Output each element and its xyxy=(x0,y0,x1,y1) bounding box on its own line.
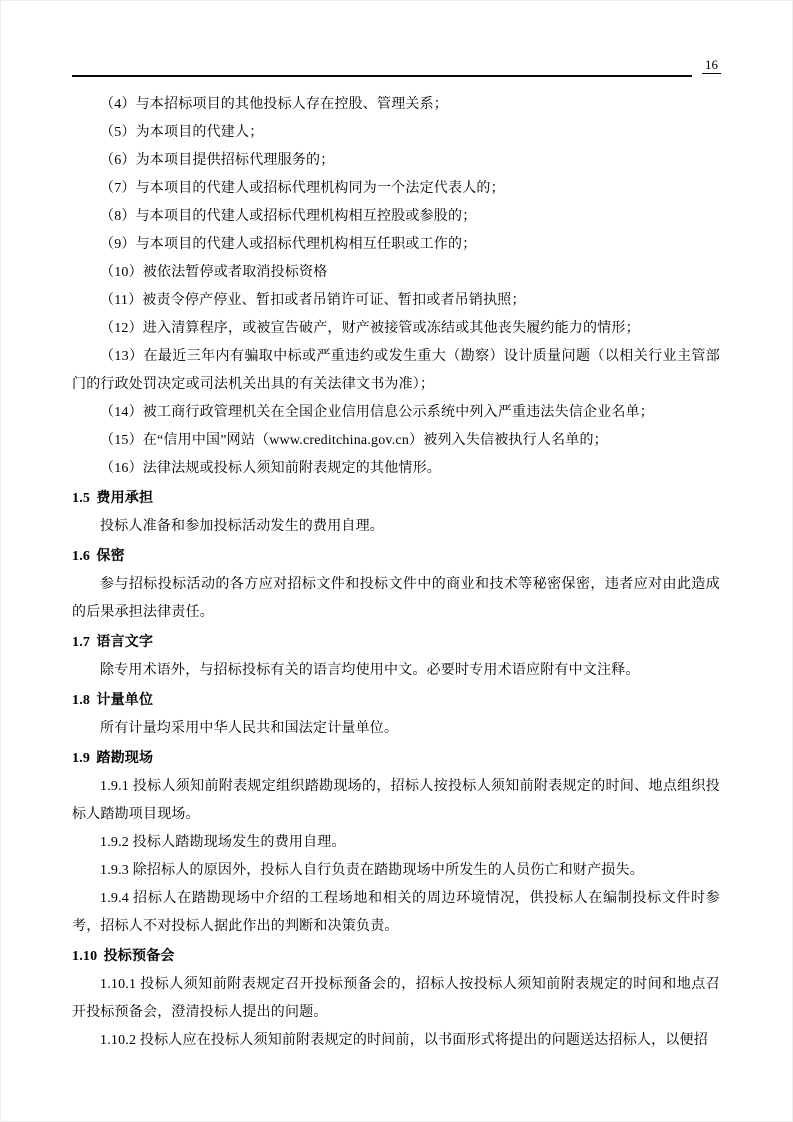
section-title: 语言文字 xyxy=(96,633,153,649)
section-heading-1-6: 1.6保密 xyxy=(72,541,720,571)
paragraph: 1.9.2 投标人踏勘现场发生的费用自理。 xyxy=(72,829,720,857)
list-item: （8）与本项目的代建人或招标代理机构相互控股或参股的； xyxy=(72,203,720,231)
paragraph: 投标人准备和参加投标活动发生的费用自理。 xyxy=(72,513,720,541)
header-rule xyxy=(72,75,692,77)
section-number: 1.10 xyxy=(72,949,97,964)
section-number: 1.9 xyxy=(72,751,90,766)
document-page: 16 （4）与本招标项目的其他投标人存在控股、管理关系； （5）为本项目的代建人… xyxy=(0,0,793,1122)
document-content: （4）与本招标项目的其他投标人存在控股、管理关系； （5）为本项目的代建人； （… xyxy=(72,91,720,1055)
list-item: （11）被责令停产停业、暂扣或者吊销许可证、暂扣或者吊销执照； xyxy=(72,287,720,315)
list-item: （13）在最近三年内有骗取中标或严重违约或发生重大（勘察）设计质量问题（以相关行… xyxy=(72,343,720,399)
list-item: （14）被工商行政管理机关在全国企业信用信息公示系统中列入严重违法失信企业名单； xyxy=(72,399,720,427)
section-number: 1.6 xyxy=(72,549,90,564)
section-heading-1-5: 1.5费用承担 xyxy=(72,483,720,513)
section-heading-1-7: 1.7语言文字 xyxy=(72,627,720,657)
section-heading-1-9: 1.9踏勘现场 xyxy=(72,743,720,773)
list-item: （9）与本项目的代建人或招标代理机构相互任职或工作的； xyxy=(72,231,720,259)
section-title: 踏勘现场 xyxy=(96,749,153,765)
paragraph: 所有计量均采用中华人民共和国法定计量单位。 xyxy=(72,715,720,743)
page-number: 16 xyxy=(702,57,721,74)
list-item: （10）被依法暂停或者取消投标资格 xyxy=(72,259,720,287)
paragraph: 1.9.3 除招标人的原因外，投标人自行负责在踏勘现场中所发生的人员伤亡和财产损… xyxy=(72,857,720,885)
section-number: 1.7 xyxy=(72,635,90,650)
page-header: 16 xyxy=(72,57,721,77)
list-item: （15）在“信用中国”网站（www.creditchina.gov.cn）被列入… xyxy=(72,427,720,455)
list-item: （6）为本项目提供招标代理服务的； xyxy=(72,147,720,175)
list-item: （7）与本项目的代建人或招标代理机构同为一个法定代表人的； xyxy=(72,175,720,203)
section-title: 投标预备会 xyxy=(104,947,175,963)
paragraph: 1.10.1 投标人须知前附表规定召开投标预备会的，招标人按投标人须知前附表规定… xyxy=(72,971,720,1027)
section-heading-1-8: 1.8计量单位 xyxy=(72,685,720,715)
section-title: 计量单位 xyxy=(96,691,153,707)
list-item: （4）与本招标项目的其他投标人存在控股、管理关系； xyxy=(72,91,720,119)
section-title: 费用承担 xyxy=(96,489,153,505)
paragraph: 1.9.4 招标人在踏勘现场中介绍的工程场地和相关的周边环境情况，供投标人在编制… xyxy=(72,885,720,941)
section-heading-1-10: 1.10投标预备会 xyxy=(72,941,720,971)
paragraph: 除专用术语外，与招标投标有关的语言均使用中文。必要时专用术语应附有中文注释。 xyxy=(72,657,720,685)
list-item: （5）为本项目的代建人； xyxy=(72,119,720,147)
section-title: 保密 xyxy=(96,547,124,563)
section-number: 1.8 xyxy=(72,693,90,708)
list-item: （16）法律法规或投标人须知前附表规定的其他情形。 xyxy=(72,455,720,483)
section-number: 1.5 xyxy=(72,491,90,506)
paragraph: 1.10.2 投标人应在投标人须知前附表规定的时间前，以书面形式将提出的问题送达… xyxy=(72,1027,720,1055)
list-item: （12）进入清算程序，或被宣告破产，财产被接管或冻结或其他丧失履约能力的情形； xyxy=(72,315,720,343)
paragraph: 参与招标投标活动的各方应对招标文件和投标文件中的商业和技术等秘密保密，违者应对由… xyxy=(72,571,720,627)
paragraph: 1.9.1 投标人须知前附表规定组织踏勘现场的，招标人按投标人须知前附表规定的时… xyxy=(72,773,720,829)
